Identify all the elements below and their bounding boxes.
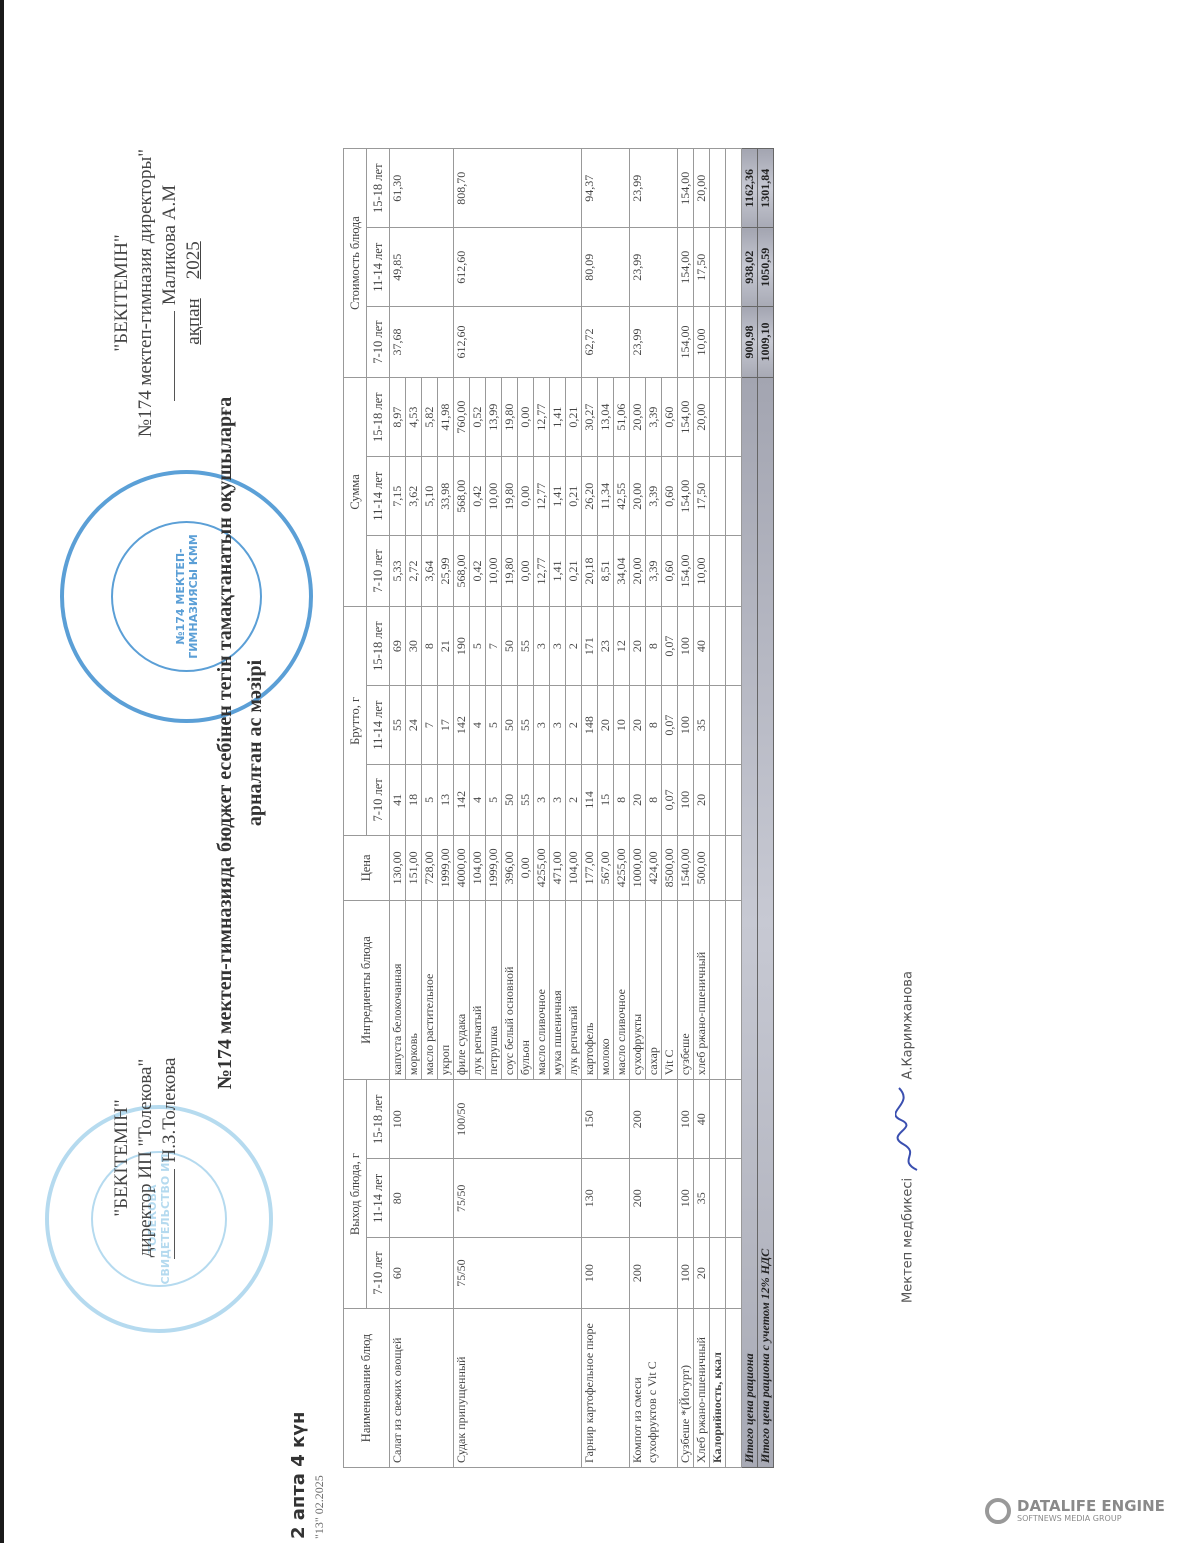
dish-cost: 94,37 (582, 149, 630, 228)
calories-cell (710, 835, 726, 900)
ingredient-sum: 3,39 (646, 536, 662, 607)
ingredient-sum: 20,00 (694, 377, 710, 456)
ingredient-brutto: 5 (470, 606, 486, 685)
ingredient-sum: 0,42 (470, 536, 486, 607)
ingredient-price: 500,00 (694, 835, 710, 900)
stamp-text: №174 МЕКТЕП-ГИМНАЗИЯСЫ КММ (174, 523, 200, 670)
header-brutto: Брутто, г (344, 606, 367, 835)
ingredient-name: сузбеше (678, 900, 694, 1079)
ingredient-sum: 17,50 (694, 457, 710, 536)
table-row: Компот из смеси сухофруктов с Vit C20020… (630, 149, 646, 1468)
approval-position: директор ИП "Толекова" (134, 998, 158, 1318)
ingredient-brutto: 190 (454, 606, 470, 685)
ingredient-sum: 20,00 (630, 536, 646, 607)
ingredient-sum: 20,18 (582, 536, 598, 607)
blank-cell (726, 536, 742, 607)
header-output: Выход блюда, г (344, 1080, 367, 1309)
ingredient-sum: 154,00 (678, 457, 694, 536)
dish-cost: 10,00 (694, 307, 710, 378)
ingredient-brutto: 41 (390, 764, 406, 835)
blank-cell (726, 149, 742, 228)
ingredient-sum: 1,41 (550, 536, 566, 607)
ingredient-sum: 30,27 (582, 377, 598, 456)
ingredient-sum: 8,97 (390, 377, 406, 456)
ingredient-brutto: 3 (550, 686, 566, 765)
header-ingredients: Ингредиенты блюда (344, 900, 390, 1079)
ingredient-brutto: 8 (646, 686, 662, 765)
dish-cost: 154,00 (678, 149, 694, 228)
ingredient-sum: 11,34 (598, 457, 614, 536)
calories-cell (710, 307, 726, 378)
dish-output: 150 (582, 1080, 630, 1159)
ingredient-sum: 7,15 (390, 457, 406, 536)
ingredient-sum: 0,42 (470, 457, 486, 536)
ingredient-brutto: 13 (438, 764, 454, 835)
ingredient-price: 1000,00 (630, 835, 646, 900)
ingredient-sum: 3,62 (406, 457, 422, 536)
ingredient-brutto: 21 (438, 606, 454, 685)
dish-cost: 612,60 (454, 307, 582, 378)
ingredient-sum: 41,98 (438, 377, 454, 456)
ingredient-price: 4255,00 (614, 835, 630, 900)
ingredient-brutto: 20 (630, 686, 646, 765)
ingredient-sum: 5,10 (422, 457, 438, 536)
ingredient-sum: 3,39 (646, 377, 662, 456)
blank-cell (726, 1238, 742, 1309)
dish-output: 100 (390, 1080, 454, 1159)
ingredient-sum: 25,99 (438, 536, 454, 607)
ingredient-brutto: 3 (534, 764, 550, 835)
dish-name: Сузбеше *(Йогурт) (678, 1309, 694, 1468)
ingredient-sum: 0,00 (518, 536, 534, 607)
document-page: ТОЛЕКОВА СВИДЕТЕЛЬСТВО ИП №174 МЕКТЕП-ГИ… (0, 0, 1179, 1543)
dish-name: Гарнир картофельное пюре (582, 1309, 630, 1468)
header-age-group: 15-18 лет (367, 1080, 390, 1159)
ingredient-name: лук репчатый (566, 900, 582, 1079)
approval-year: 2025 (183, 241, 204, 279)
ingredient-sum: 0,52 (470, 377, 486, 456)
ingredient-brutto: 0,07 (662, 686, 678, 765)
ingredient-name: филе судака (454, 900, 470, 1079)
ingredient-price: 424,00 (646, 835, 662, 900)
dish-cost: 80,09 (582, 228, 630, 307)
ingredient-brutto: 114 (582, 764, 598, 835)
ingredient-price: 8500,00 (662, 835, 678, 900)
header-age-group: 7-10 лет (367, 307, 390, 378)
ingredient-brutto: 148 (582, 686, 598, 765)
ingredient-sum: 12,77 (534, 377, 550, 456)
blank-cell (726, 686, 742, 765)
ingredient-name: соус белый основной (502, 900, 518, 1079)
ingredient-sum: 19,80 (502, 377, 518, 456)
ingredient-sum: 0,00 (518, 377, 534, 456)
ingredient-price: 471,00 (550, 835, 566, 900)
total-value: 900,98 (742, 307, 758, 378)
dish-cost: 154,00 (678, 228, 694, 307)
calories-cell (710, 377, 726, 456)
ingredient-sum: 20,00 (630, 377, 646, 456)
ingredient-brutto: 55 (390, 686, 406, 765)
ingredient-brutto: 3 (550, 764, 566, 835)
ingredient-name: морковь (406, 900, 422, 1079)
total-value: 1050,59 (758, 228, 774, 307)
nurse-signature-block: Мектеп медбикесі А.Каримжанова (895, 971, 921, 1303)
ingredient-sum: 42,55 (614, 457, 630, 536)
ingredient-brutto: 40 (694, 606, 710, 685)
dish-output: 75/50 (454, 1159, 582, 1238)
ingredient-price: 104,00 (566, 835, 582, 900)
calories-cell (710, 536, 726, 607)
dish-name: Судак припущенный (454, 1309, 582, 1468)
ingredient-sum: 1,41 (550, 377, 566, 456)
ingredient-name: сухофрукты (630, 900, 646, 1079)
calories-cell (710, 686, 726, 765)
ingredient-brutto: 20 (694, 764, 710, 835)
header-cost: Стоимость блюда (344, 149, 367, 378)
ingredient-name: Vit C (662, 900, 678, 1079)
dish-cost: 154,00 (678, 307, 694, 378)
dish-output: 20 (694, 1238, 710, 1309)
dish-output: 100 (582, 1238, 630, 1309)
ingredient-sum: 10,00 (486, 536, 502, 607)
ingredient-sum: 12,77 (534, 536, 550, 607)
ingredient-brutto: 55 (518, 606, 534, 685)
dish-output: 60 (390, 1238, 454, 1309)
dish-output: 40 (694, 1080, 710, 1159)
ingredient-name: сахар (646, 900, 662, 1079)
ingredient-brutto: 8 (646, 764, 662, 835)
header-age-group: 15-18 лет (367, 149, 390, 228)
dish-output: 100 (678, 1159, 694, 1238)
blank-cell (726, 228, 742, 307)
dish-name: Компот из смеси сухофруктов с Vit C (630, 1309, 678, 1468)
header-age-group: 11-14 лет (367, 686, 390, 765)
dish-output: 100 (678, 1080, 694, 1159)
ingredient-brutto: 69 (390, 606, 406, 685)
total-value: 938,02 (742, 228, 758, 307)
dish-cost: 808,70 (454, 149, 582, 228)
document-title: №174 мектеп-гимназияда бюджет есебінен т… (210, 193, 270, 1293)
header-age-group: 15-18 лет (367, 377, 390, 456)
ingredient-brutto: 2 (566, 764, 582, 835)
ingredient-brutto: 23 (598, 606, 614, 685)
ingredient-brutto: 7 (486, 606, 502, 685)
dish-output: 100 (678, 1238, 694, 1309)
ingredient-brutto: 2 (566, 606, 582, 685)
week-day-label: 2 апта 4 күн (288, 1412, 309, 1539)
ingredient-sum: 34,04 (614, 536, 630, 607)
dish-cost: 37,68 (390, 307, 454, 378)
ingredient-brutto: 50 (502, 686, 518, 765)
ingredient-brutto: 35 (694, 686, 710, 765)
approval-block-supplier: "БЕКІТЕМІН" директор ИП "Толекова" Н.З.Т… (110, 998, 182, 1318)
dish-output: 200 (630, 1238, 678, 1309)
dish-cost: 62,72 (582, 307, 630, 378)
ingredient-sum: 0,21 (566, 377, 582, 456)
ingredient-sum: 0,21 (566, 536, 582, 607)
watermark-subtitle: SOFTNEWS MEDIA GROUP (1017, 1514, 1165, 1524)
ingredient-sum: 2,72 (406, 536, 422, 607)
dish-output: 100/50 (454, 1080, 582, 1159)
ingredient-brutto: 4 (470, 764, 486, 835)
ingredient-sum: 19,80 (502, 536, 518, 607)
ingredient-price: 396,00 (502, 835, 518, 900)
header-age-group: 7-10 лет (367, 1238, 390, 1309)
ingredient-sum: 5,33 (390, 536, 406, 607)
ingredient-brutto: 171 (582, 606, 598, 685)
blank-cell (726, 377, 742, 456)
ingredient-price: 4000,00 (454, 835, 470, 900)
dish-cost: 23,99 (630, 307, 678, 378)
total-label: Итого цена рациона с учетом 12% НДС (758, 377, 774, 1467)
header-sum: Сумма (344, 377, 367, 606)
calories-row: Калорийность, ккал (710, 149, 726, 1468)
ingredient-name: масло сливочное (534, 900, 550, 1079)
ingredient-price: 130,00 (390, 835, 406, 900)
ingredient-sum: 0,60 (662, 457, 678, 536)
ingredient-brutto: 8 (422, 606, 438, 685)
watermark: DATALIFE ENGINE SOFTNEWS MEDIA GROUP (985, 1498, 1165, 1524)
dish-cost: 61,30 (390, 149, 454, 228)
nurse-label: Мектеп медбикесі (901, 1178, 916, 1303)
ingredient-brutto: 0,07 (662, 764, 678, 835)
ingredient-price: 1540,00 (678, 835, 694, 900)
ingredient-price: 4255,00 (534, 835, 550, 900)
calories-cell (710, 228, 726, 307)
total-row: Итого цена рациона900,98938,021162,36 (742, 149, 758, 1468)
menu-body: Салат из свежих овощей6080100капуста бел… (390, 149, 774, 1468)
header-age-group: 7-10 лет (367, 764, 390, 835)
ingredient-brutto: 3 (534, 606, 550, 685)
ingredient-sum: 19,80 (502, 457, 518, 536)
ingredient-name: масло растительное (422, 900, 438, 1079)
table-row: Гарнир картофельное пюре100130150картофе… (582, 149, 598, 1468)
ingredient-name: бульон (518, 900, 534, 1079)
ingredient-brutto: 142 (454, 686, 470, 765)
dish-cost: 23,99 (630, 149, 678, 228)
ingredient-sum: 20,00 (630, 457, 646, 536)
total-label: Итого цена рациона (742, 377, 758, 1467)
header-price: Цена (344, 835, 390, 900)
ingredient-sum: 13,99 (486, 377, 502, 456)
ingredient-brutto: 142 (454, 764, 470, 835)
ingredient-name: масло сливочное (614, 900, 630, 1079)
approval-block-school: "БЕКІТЕМІН" №174 мектеп-гимназия директо… (110, 83, 206, 503)
ingredient-brutto: 5 (486, 764, 502, 835)
ingredient-price: 151,00 (406, 835, 422, 900)
ingredient-name: хлеб ржано-пшеничный (694, 900, 710, 1079)
dish-cost: 23,99 (630, 228, 678, 307)
ingredient-brutto: 15 (598, 764, 614, 835)
datalife-logo-icon (985, 1498, 1011, 1524)
watermark-title: DATALIFE ENGINE (1017, 1498, 1165, 1514)
calories-cell (710, 1238, 726, 1309)
ingredient-price: 1999,00 (438, 835, 454, 900)
approval-month: ақпан (183, 298, 204, 344)
calories-cell (710, 764, 726, 835)
ingredient-name: лук репчатый (470, 900, 486, 1079)
ingredient-brutto: 7 (422, 686, 438, 765)
ingredient-brutto: 100 (678, 606, 694, 685)
calories-cell (710, 1080, 726, 1159)
approval-signatory: Маликова А.М (159, 185, 180, 305)
ingredient-brutto: 30 (406, 606, 422, 685)
approval-heading: "БЕКІТЕМІН" (110, 998, 134, 1318)
blank-cell (726, 457, 742, 536)
ingredient-name: петрушка (486, 900, 502, 1079)
signature-scribble-icon (895, 1084, 921, 1174)
ingredient-sum: 0,60 (662, 536, 678, 607)
header-age-group: 11-14 лет (367, 457, 390, 536)
calories-cell (710, 900, 726, 1079)
ingredient-sum: 0,00 (518, 457, 534, 536)
approval-position: №174 мектеп-гимназия директоры" (134, 83, 158, 503)
dish-name: Хлеб ржано-пшеничный (694, 1309, 710, 1468)
ingredient-sum: 12,77 (534, 457, 550, 536)
dish-output: 75/50 (454, 1238, 582, 1309)
ingredient-brutto: 10 (614, 686, 630, 765)
signature-line (174, 311, 175, 401)
header-dish-name: Наименование блюд (344, 1309, 390, 1468)
menu-table: Наименование блюд Выход блюда, г Ингреди… (343, 148, 774, 1468)
ingredient-sum: 568,00 (454, 457, 470, 536)
ingredient-brutto: 0,07 (662, 606, 678, 685)
ingredient-name: укроп (438, 900, 454, 1079)
calories-cell (710, 149, 726, 228)
approval-heading: "БЕКІТЕМІН" (110, 83, 134, 503)
calories-cell (710, 457, 726, 536)
signature-line (174, 1169, 175, 1259)
ingredient-brutto: 100 (678, 764, 694, 835)
ingredient-brutto: 100 (678, 686, 694, 765)
ingredient-brutto: 50 (502, 764, 518, 835)
ingredient-name: мука пшеничная (550, 900, 566, 1079)
blank-cell (726, 606, 742, 685)
title-line-2: арналған ас мәзірі (240, 193, 270, 1293)
ingredient-brutto: 20 (630, 606, 646, 685)
ingredient-sum: 26,20 (582, 457, 598, 536)
blank-cell (726, 307, 742, 378)
ingredient-sum: 0,60 (662, 377, 678, 456)
ingredient-brutto: 5 (422, 764, 438, 835)
document-date: "13" 02.2025 (312, 1475, 327, 1539)
header-age-group: 11-14 лет (367, 228, 390, 307)
table-row: Сузбеше *(Йогурт)100100100сузбеше1540,00… (678, 149, 694, 1468)
ingredient-sum: 13,04 (598, 377, 614, 456)
ingredient-name: картофель (582, 900, 598, 1079)
dish-cost: 17,50 (694, 228, 710, 307)
ingredient-brutto: 55 (518, 764, 534, 835)
ingredient-sum: 33,98 (438, 457, 454, 536)
ingredient-sum: 568,00 (454, 536, 470, 607)
dish-output: 80 (390, 1159, 454, 1238)
ingredient-brutto: 8 (646, 606, 662, 685)
dish-cost: 612,60 (454, 228, 582, 307)
dish-output: 200 (630, 1159, 678, 1238)
calories-cell (710, 1159, 726, 1238)
dish-output: 130 (582, 1159, 630, 1238)
nurse-name: А.Каримжанова (901, 971, 916, 1080)
ingredient-brutto: 2 (566, 686, 582, 765)
ingredient-sum: 760,00 (454, 377, 470, 456)
ingredient-sum: 5,82 (422, 377, 438, 456)
dish-cost: 20,00 (694, 149, 710, 228)
ingredient-name: молоко (598, 900, 614, 1079)
ingredient-sum: 3,39 (646, 457, 662, 536)
ingredient-brutto: 3 (534, 686, 550, 765)
blank-row (726, 149, 742, 1468)
ingredient-sum: 3,64 (422, 536, 438, 607)
calories-cell (710, 606, 726, 685)
ingredient-sum: 51,06 (614, 377, 630, 456)
ingredient-brutto: 18 (406, 764, 422, 835)
table-row: Хлеб ржано-пшеничный203540хлеб ржано-пше… (694, 149, 710, 1468)
ingredient-brutto: 17 (438, 686, 454, 765)
stamp-school-174: №174 МЕКТЕП-ГИМНАЗИЯСЫ КММ (60, 470, 313, 723)
ingredient-sum: 8,51 (598, 536, 614, 607)
blank-cell (726, 1309, 742, 1468)
ingredient-sum: 0,21 (566, 457, 582, 536)
title-line-1: №174 мектеп-гимназияда бюджет есебінен т… (210, 193, 240, 1293)
ingredient-brutto: 55 (518, 686, 534, 765)
ingredient-price: 104,00 (470, 835, 486, 900)
ingredient-brutto: 12 (614, 606, 630, 685)
ingredient-sum: 154,00 (678, 536, 694, 607)
ingredient-sum: 1,41 (550, 457, 566, 536)
ingredient-brutto: 4 (470, 686, 486, 765)
ingredient-price: 728,00 (422, 835, 438, 900)
ingredient-sum: 10,00 (486, 457, 502, 536)
ingredient-brutto: 20 (598, 686, 614, 765)
ingredient-price: 0,00 (518, 835, 534, 900)
approval-signatory: Н.З.Толекова (159, 1058, 180, 1163)
header-age-group: 7-10 лет (367, 536, 390, 607)
ingredient-sum: 154,00 (678, 377, 694, 456)
ingredient-brutto: 24 (406, 686, 422, 765)
total-value: 1009,10 (758, 307, 774, 378)
blank-cell (726, 1159, 742, 1238)
ingredient-price: 1999,00 (486, 835, 502, 900)
ingredient-price: 567,00 (598, 835, 614, 900)
dish-name: Салат из свежих овощей (390, 1309, 454, 1468)
blank-cell (726, 764, 742, 835)
ingredient-sum: 4,53 (406, 377, 422, 456)
ingredient-brutto: 20 (630, 764, 646, 835)
dish-output: 200 (630, 1080, 678, 1159)
header-age-group: 15-18 лет (367, 606, 390, 685)
blank-cell (726, 835, 742, 900)
age-group-header-row: 7-10 лет11-14 лет15-18 лет7-10 лет11-14 … (367, 149, 390, 1468)
dish-output: 35 (694, 1159, 710, 1238)
ingredient-sum: 10,00 (694, 536, 710, 607)
ingredient-brutto: 8 (614, 764, 630, 835)
total-row: Итого цена рациона с учетом 12% НДС1009,… (758, 149, 774, 1468)
ingredient-brutto: 3 (550, 606, 566, 685)
ingredient-name: капуста белокочанная (390, 900, 406, 1079)
total-value: 1301,84 (758, 149, 774, 228)
total-value: 1162,36 (742, 149, 758, 228)
ingredient-brutto: 5 (486, 686, 502, 765)
blank-cell (726, 900, 742, 1079)
table-row: Салат из свежих овощей6080100капуста бел… (390, 149, 406, 1468)
ingredient-price: 177,00 (582, 835, 598, 900)
dish-cost: 49,85 (390, 228, 454, 307)
ingredient-brutto: 50 (502, 606, 518, 685)
calories-label: Калорийность, ккал (710, 1309, 726, 1468)
blank-cell (726, 1080, 742, 1159)
header-age-group: 11-14 лет (367, 1159, 390, 1238)
table-row: Судак припущенный75/5075/50100/50филе су… (454, 149, 470, 1468)
